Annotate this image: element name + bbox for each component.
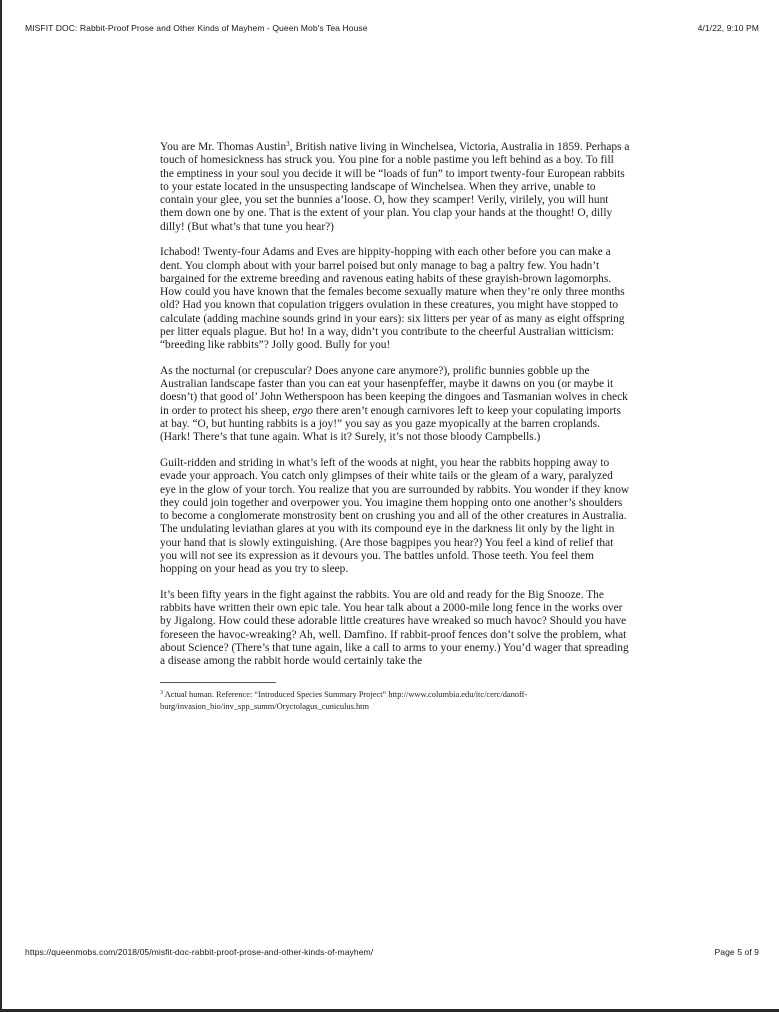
print-datetime: 4/1/22, 9:10 PM <box>698 23 759 33</box>
page-url[interactable]: https://queenmobs.com/2018/05/misfit-doc… <box>25 947 373 957</box>
paragraph-5: It’s been fifty years in the fight again… <box>160 589 630 669</box>
page-indicator: Page 5 of 9 <box>714 947 759 957</box>
footnote-text: Actual human. Reference: “Introduced Spe… <box>160 690 527 711</box>
paragraph-text: , British native living in Winchelsea, V… <box>160 141 629 233</box>
paragraph-3: As the nocturnal (or crepuscular? Does a… <box>160 365 630 445</box>
paragraph-4: Guilt-ridden and striding in what’s left… <box>160 457 630 576</box>
paragraph-text: You are Mr. Thomas Austin <box>160 141 286 153</box>
document-title: MISFIT DOC: Rabbit-Proof Prose and Other… <box>25 23 368 33</box>
paragraph-2: Ichabod! Twenty-four Adams and Eves are … <box>160 246 630 352</box>
print-header: MISFIT DOC: Rabbit-Proof Prose and Other… <box>25 23 759 33</box>
print-footer: https://queenmobs.com/2018/05/misfit-doc… <box>25 947 759 957</box>
footnote-3: 3 Actual human. Reference: “Introduced S… <box>160 689 630 712</box>
article-body: You are Mr. Thomas Austin3, British nati… <box>160 141 630 712</box>
italic-word: ergo <box>293 405 313 417</box>
footnote-divider <box>160 682 276 683</box>
paragraph-1: You are Mr. Thomas Austin3, British nati… <box>160 141 630 234</box>
